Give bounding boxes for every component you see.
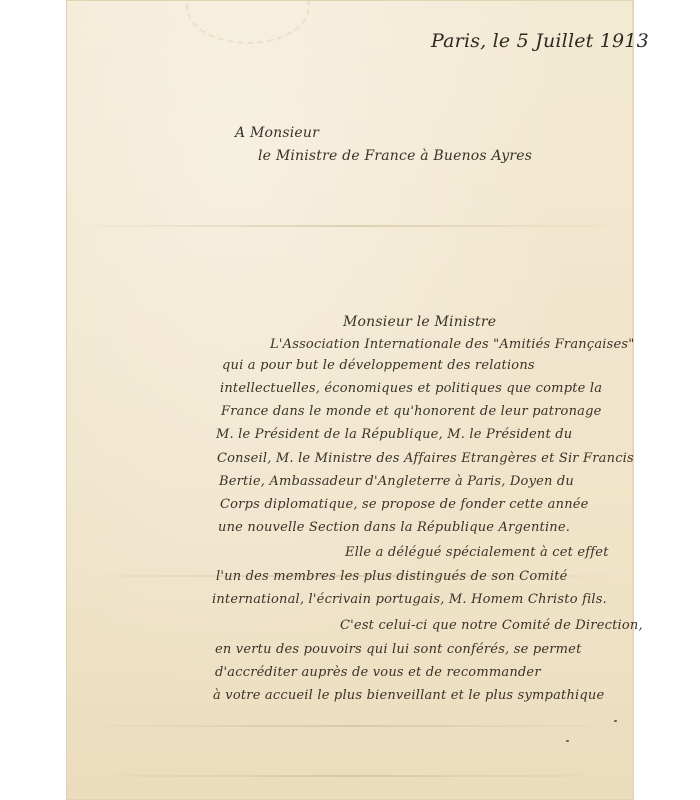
salutation: Monsieur le Ministre xyxy=(343,314,496,330)
dateline: Paris, le 5 Juillet 1913 xyxy=(431,30,649,52)
body-line: Corps diplomatique, se propose de fonder… xyxy=(220,497,589,512)
address-line-1: A Monsieur xyxy=(235,125,319,141)
body-line: l'un des membres les plus distingués de … xyxy=(216,569,568,584)
body-line: à votre accueil le plus bienveillant et … xyxy=(213,688,604,703)
body-line: Elle a délégué spécialement à cet effet xyxy=(345,545,609,560)
paper-fold-line xyxy=(66,725,634,727)
body-line: Conseil, M. le Ministre des Affaires Etr… xyxy=(217,451,634,466)
body-line: L'Association Internationale des "Amitié… xyxy=(270,337,634,352)
body-line: intellectuelles, économiques et politiqu… xyxy=(220,381,602,396)
body-line: M. le Président de la République, M. le … xyxy=(216,427,572,442)
body-line: une nouvelle Section dans la République … xyxy=(218,520,570,535)
body-line: Bertie, Ambassadeur d'Angleterre à Paris… xyxy=(219,474,574,489)
paper-fold-line xyxy=(66,775,634,777)
body-line: international, l'écrivain portugais, M. … xyxy=(212,592,607,607)
body-line: C'est celui-ci que notre Comité de Direc… xyxy=(340,618,643,633)
ink-speck xyxy=(566,740,569,742)
body-line: d'accréditer auprès de vous et de recomm… xyxy=(215,665,541,680)
address-line-2: le Ministre de France à Buenos Ayres xyxy=(258,148,532,164)
ink-speck xyxy=(614,720,617,722)
body-line: qui a pour but le développement des rela… xyxy=(222,358,535,373)
body-line: France dans le monde et qu'honorent de l… xyxy=(221,404,602,419)
letter-paper xyxy=(66,0,634,800)
body-line: en vertu des pouvoirs qui lui sont confé… xyxy=(215,642,582,657)
embossed-seal xyxy=(186,0,310,44)
paper-fold-line xyxy=(66,225,634,227)
